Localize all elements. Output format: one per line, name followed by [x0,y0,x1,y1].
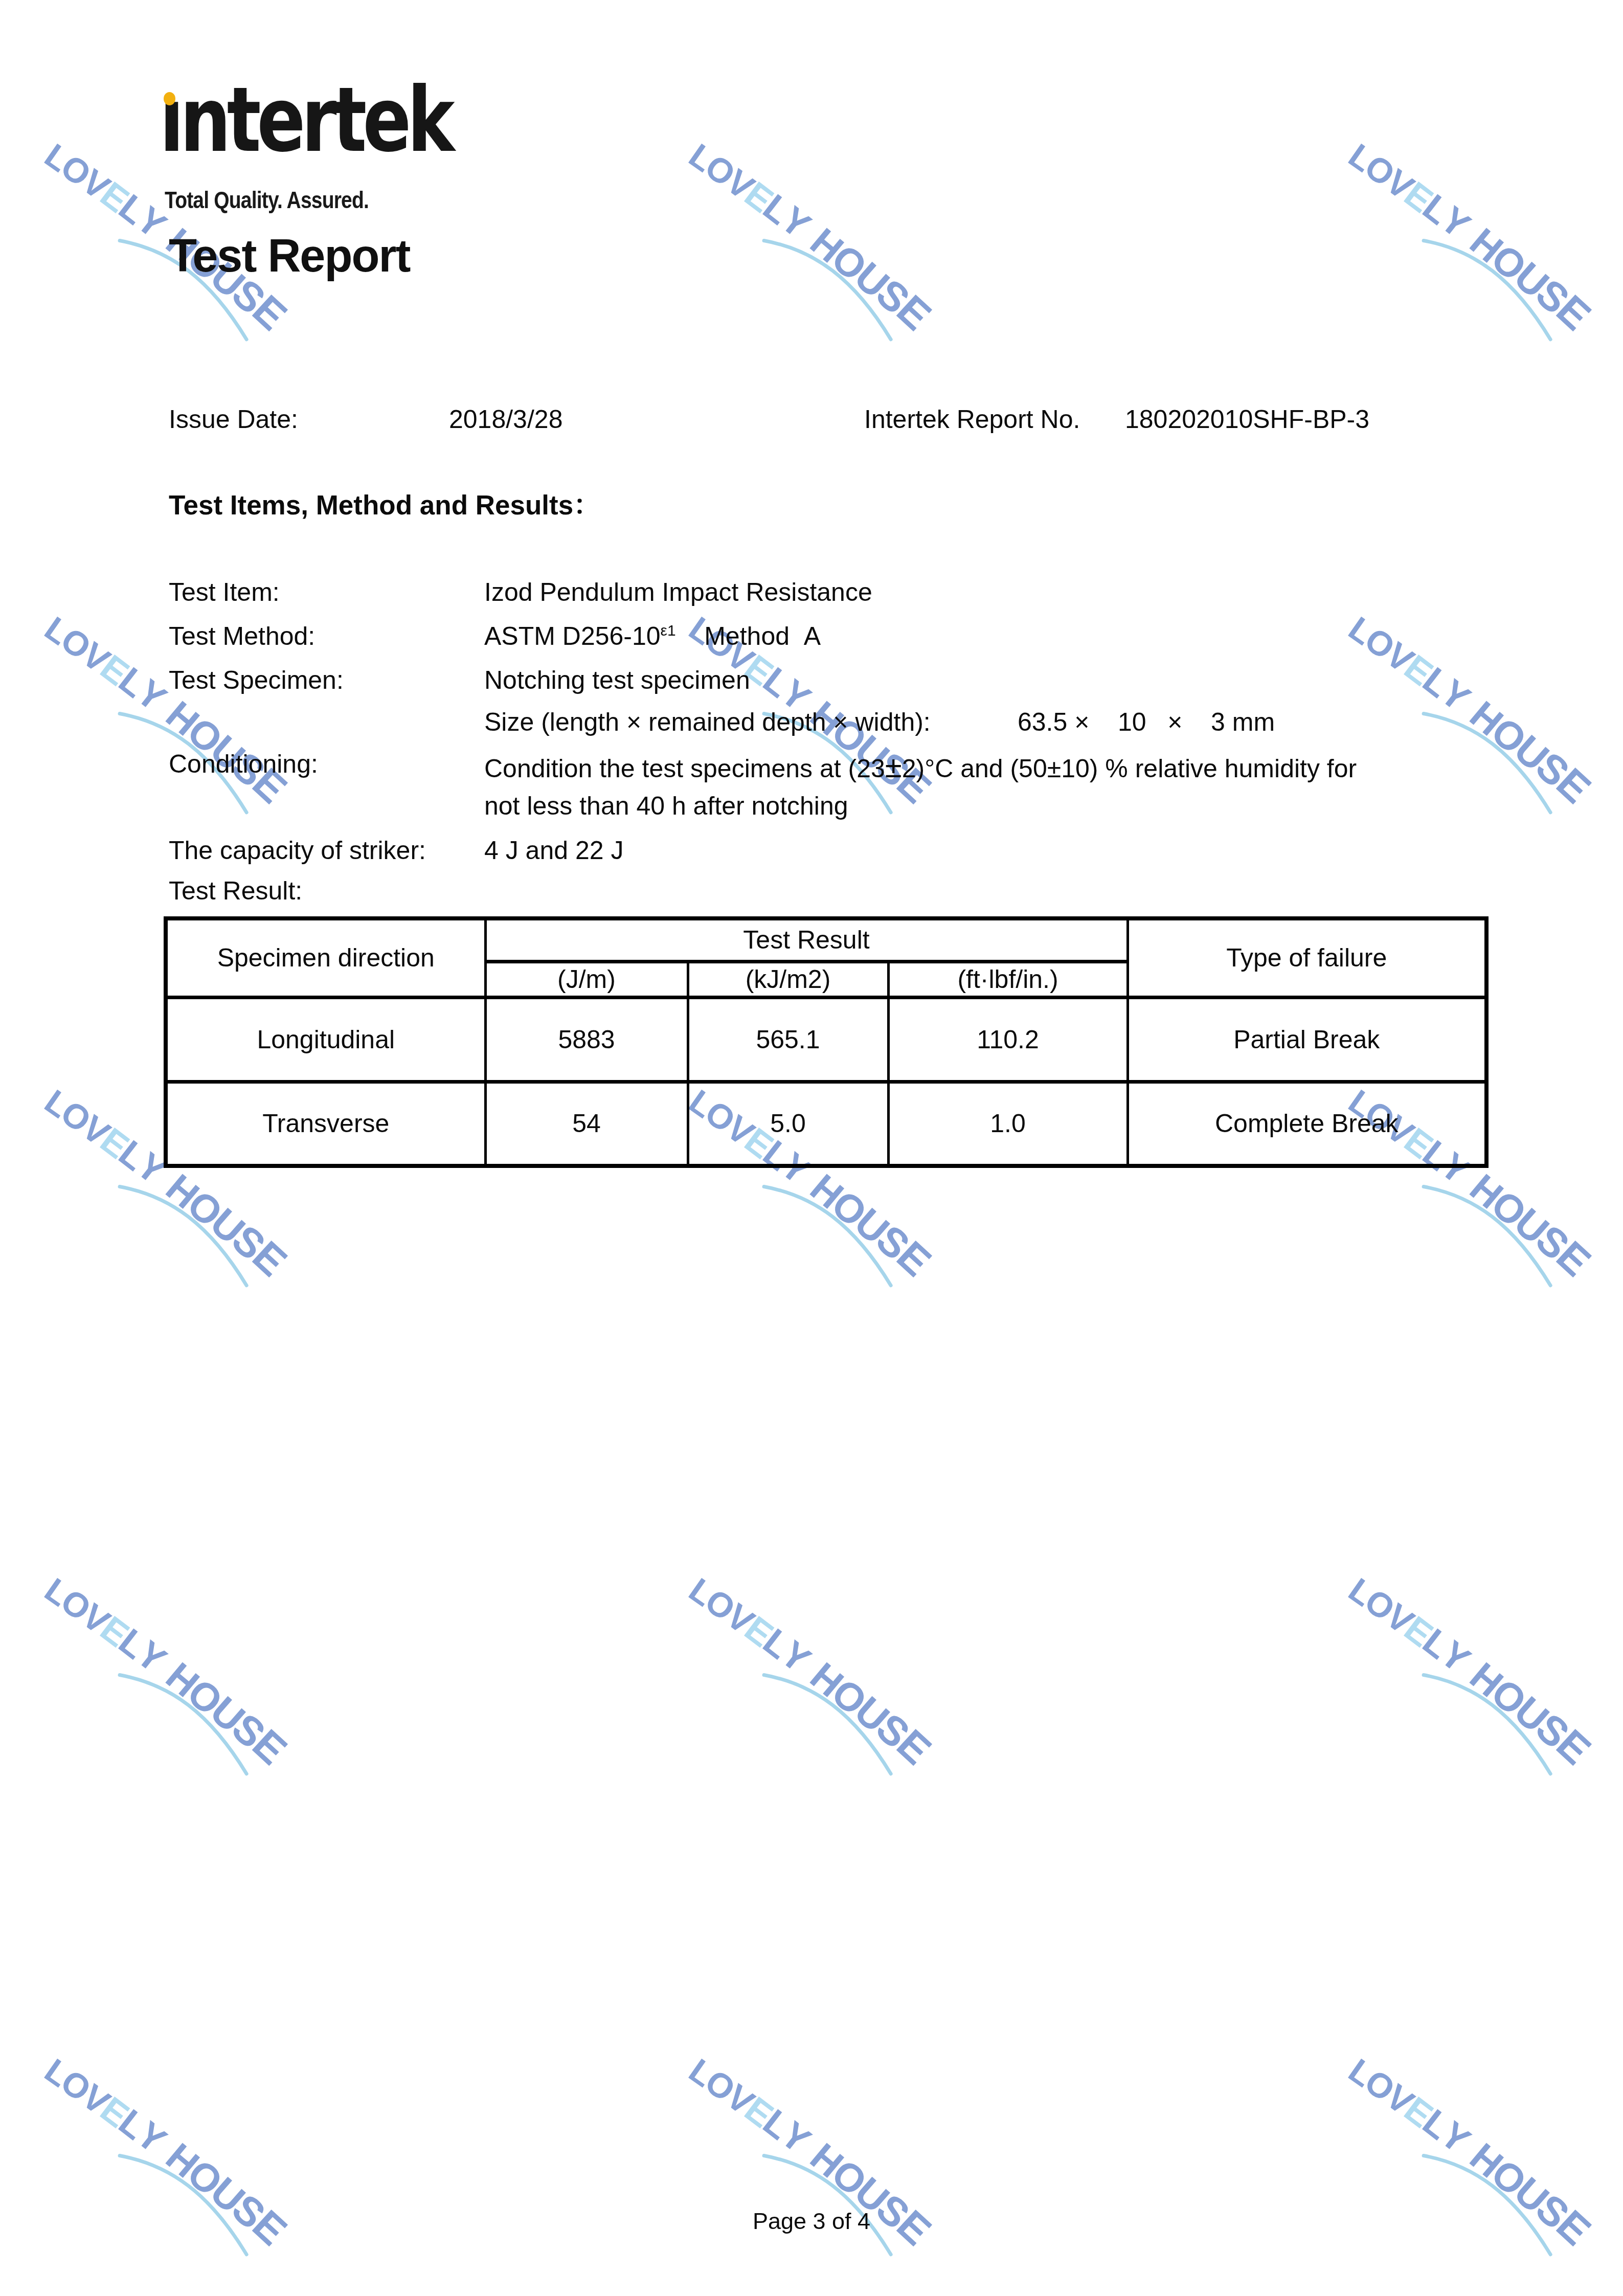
intertek-logo: ıntertek [160,76,524,165]
header-test-result-group: Test Result [485,918,1128,961]
cell-jm: 54 [485,1082,688,1166]
table-row: Longitudinal5883565.1110.2Partial Break [166,997,1486,1082]
table-row: Transverse545.01.0Complete Break [166,1082,1486,1166]
section-heading: Test Items, Method and Results： [169,484,600,523]
test-specimen-label: Test Specimen: [169,665,344,695]
report-page: LOVELY HOUSELOVELY HOUSELOVELY HOUSELOVE… [0,0,1623,2296]
conditioning-post: 2)°C and (50±10) % relative humidity for [902,754,1357,783]
method-standard: ASTM D256-10 [484,622,661,650]
cell-direction: Transverse [166,1082,485,1166]
logo-tagline: Total Quality. Assured. [165,186,369,214]
size-label: Size (length × remained depth × width): [484,707,931,737]
cell-ftlbf: 1.0 [888,1082,1128,1166]
cell-ftlbf: 110.2 [888,997,1128,1082]
header-unit-jm: (J/m) [485,961,688,997]
striker-label: The capacity of striker: [169,835,426,866]
test-specimen-value: Notching test specimen [484,665,750,695]
conditioning-plus-minus: ± [885,750,902,784]
striker-value: 4 J and 22 J [484,835,623,866]
issue-date-value: 2018/3/28 [449,404,562,435]
cell-failure: Complete Break [1128,1082,1486,1166]
test-method-value: ASTM D256-10ε1 Method A [484,621,821,651]
header-type-of-failure: Type of failure [1128,918,1486,997]
cell-direction: Longitudinal [166,997,485,1082]
header-specimen-direction: Specimen direction [166,918,485,997]
cell-jm: 5883 [485,997,688,1082]
conditioning-pre: Condition the test specimens at (23 [484,754,885,783]
method-variant: Method A [676,622,821,650]
test-item-value: Izod Pendulum Impact Resistance [484,577,872,607]
intertek-wordmark: ıntertek [160,76,451,165]
cell-kjm2: 5.0 [688,1082,888,1166]
conditioning-label: Conditioning: [169,749,318,779]
header-unit-kjm2: (kJ/m2) [688,961,888,997]
report-no-value: 180202010SHF-BP-3 [1125,404,1369,435]
page-number: Page 3 of 4 [0,2208,1623,2235]
report-content: ıntertek Total Quality. Assured. Test Re… [0,0,1623,2296]
logo-i-dot-icon [164,92,175,105]
conditioning-value-line2: not less than 40 h after notching [484,791,848,821]
cell-failure: Partial Break [1128,997,1486,1082]
table-header-row-1: Specimen direction Test Result Type of f… [166,918,1486,961]
test-result-label: Test Result: [169,875,302,906]
conditioning-value-line1: Condition the test specimens at (23±2)°C… [484,749,1357,785]
page-title: Test Report [169,230,410,283]
method-superscript: ε1 [661,622,676,639]
report-no-label: Intertek Report No. [864,404,1080,435]
test-method-label: Test Method: [169,621,315,651]
issue-date-label: Issue Date: [169,404,298,435]
test-result-table: Specimen direction Test Result Type of f… [164,916,1489,1168]
test-item-label: Test Item: [169,577,280,607]
size-value: 63.5 × 10 × 3 mm [1018,707,1275,737]
cell-kjm2: 565.1 [688,997,888,1082]
header-unit-ftlbf: (ft·lbf/in.) [888,961,1128,997]
